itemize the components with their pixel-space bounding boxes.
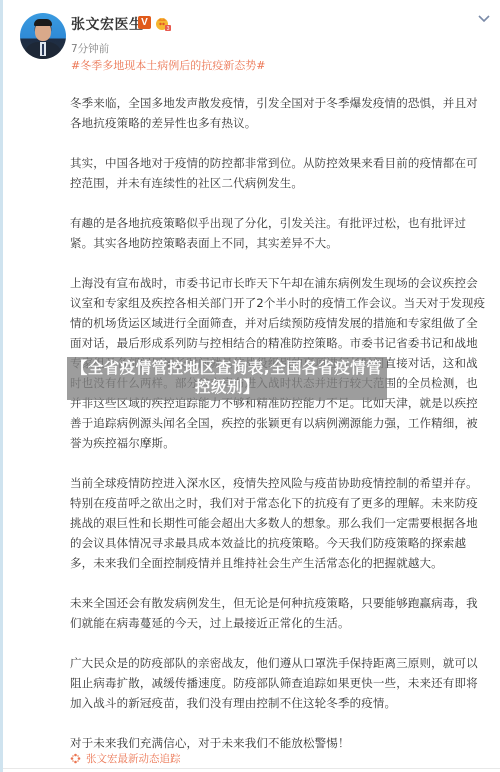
hashtag-link[interactable]: #冬季多地现本土病例后的抗疫新态势# bbox=[71, 57, 265, 73]
post-time: 7分钟前 bbox=[71, 41, 109, 56]
post-body: 冬季来临，全国多地发声散发疫情，引发全国对于冬季爆发疫情的恐惧，并且对各地抗疫策… bbox=[70, 93, 488, 753]
paragraph: 冬季来临，全国多地发声散发疫情，引发全国对于冬季爆发疫情的恐惧，并且对各地抗疫策… bbox=[70, 93, 488, 133]
paragraph: 广大民众是的防疫部队的亲密战友，他们遵从口罩洗手保持距离三原则，就可以阻止病毒扩… bbox=[70, 653, 488, 713]
paragraph: 当前全球疫情防控进入深水区，疫情失控风险与疫苗协助疫情控制的希望并存。特别在疫苗… bbox=[70, 473, 488, 573]
crown-icon: 3 bbox=[155, 15, 171, 31]
bottom-divider bbox=[3, 768, 500, 769]
sparkle-icon bbox=[70, 753, 81, 764]
svg-text:3: 3 bbox=[167, 26, 170, 31]
chevron-down-icon[interactable] bbox=[477, 14, 491, 24]
author-name[interactable]: 张文宏医生 bbox=[71, 14, 144, 34]
paragraph: 有趣的是各地抗疫策略似乎出现了分化，引发关注。有批评过松，也有批评过紧。其实各地… bbox=[70, 213, 488, 253]
avatar[interactable] bbox=[20, 13, 66, 59]
footer-link-label: 张文宏最新动态追踪 bbox=[86, 751, 181, 766]
weibo-post-card: 张文宏医生 V 3 7分钟前 #冬季多地现本土病例后的抗疫新态势# 冬季来临，全… bbox=[3, 0, 500, 768]
paragraph: 对于未来我们充满信心，对于未来我们不能放松警惕！ bbox=[70, 733, 488, 753]
overlay-title-banner: 【全省疫情管控地区查询表,全国各省疫情管控级别】 bbox=[67, 357, 387, 400]
verified-v-icon: V bbox=[138, 16, 151, 29]
paragraph: 其实，中国各地对于疫情的防控都非常到位。从防控效果来看目前的疫情都在可控范围，并… bbox=[70, 153, 488, 193]
paragraph: 未来全国还会有散发病例发生，但无论是何种抗疫策略，只要能够跑赢病毒，我们就能在病… bbox=[70, 593, 488, 633]
author-updates-link[interactable]: 张文宏最新动态追踪 bbox=[70, 751, 181, 766]
